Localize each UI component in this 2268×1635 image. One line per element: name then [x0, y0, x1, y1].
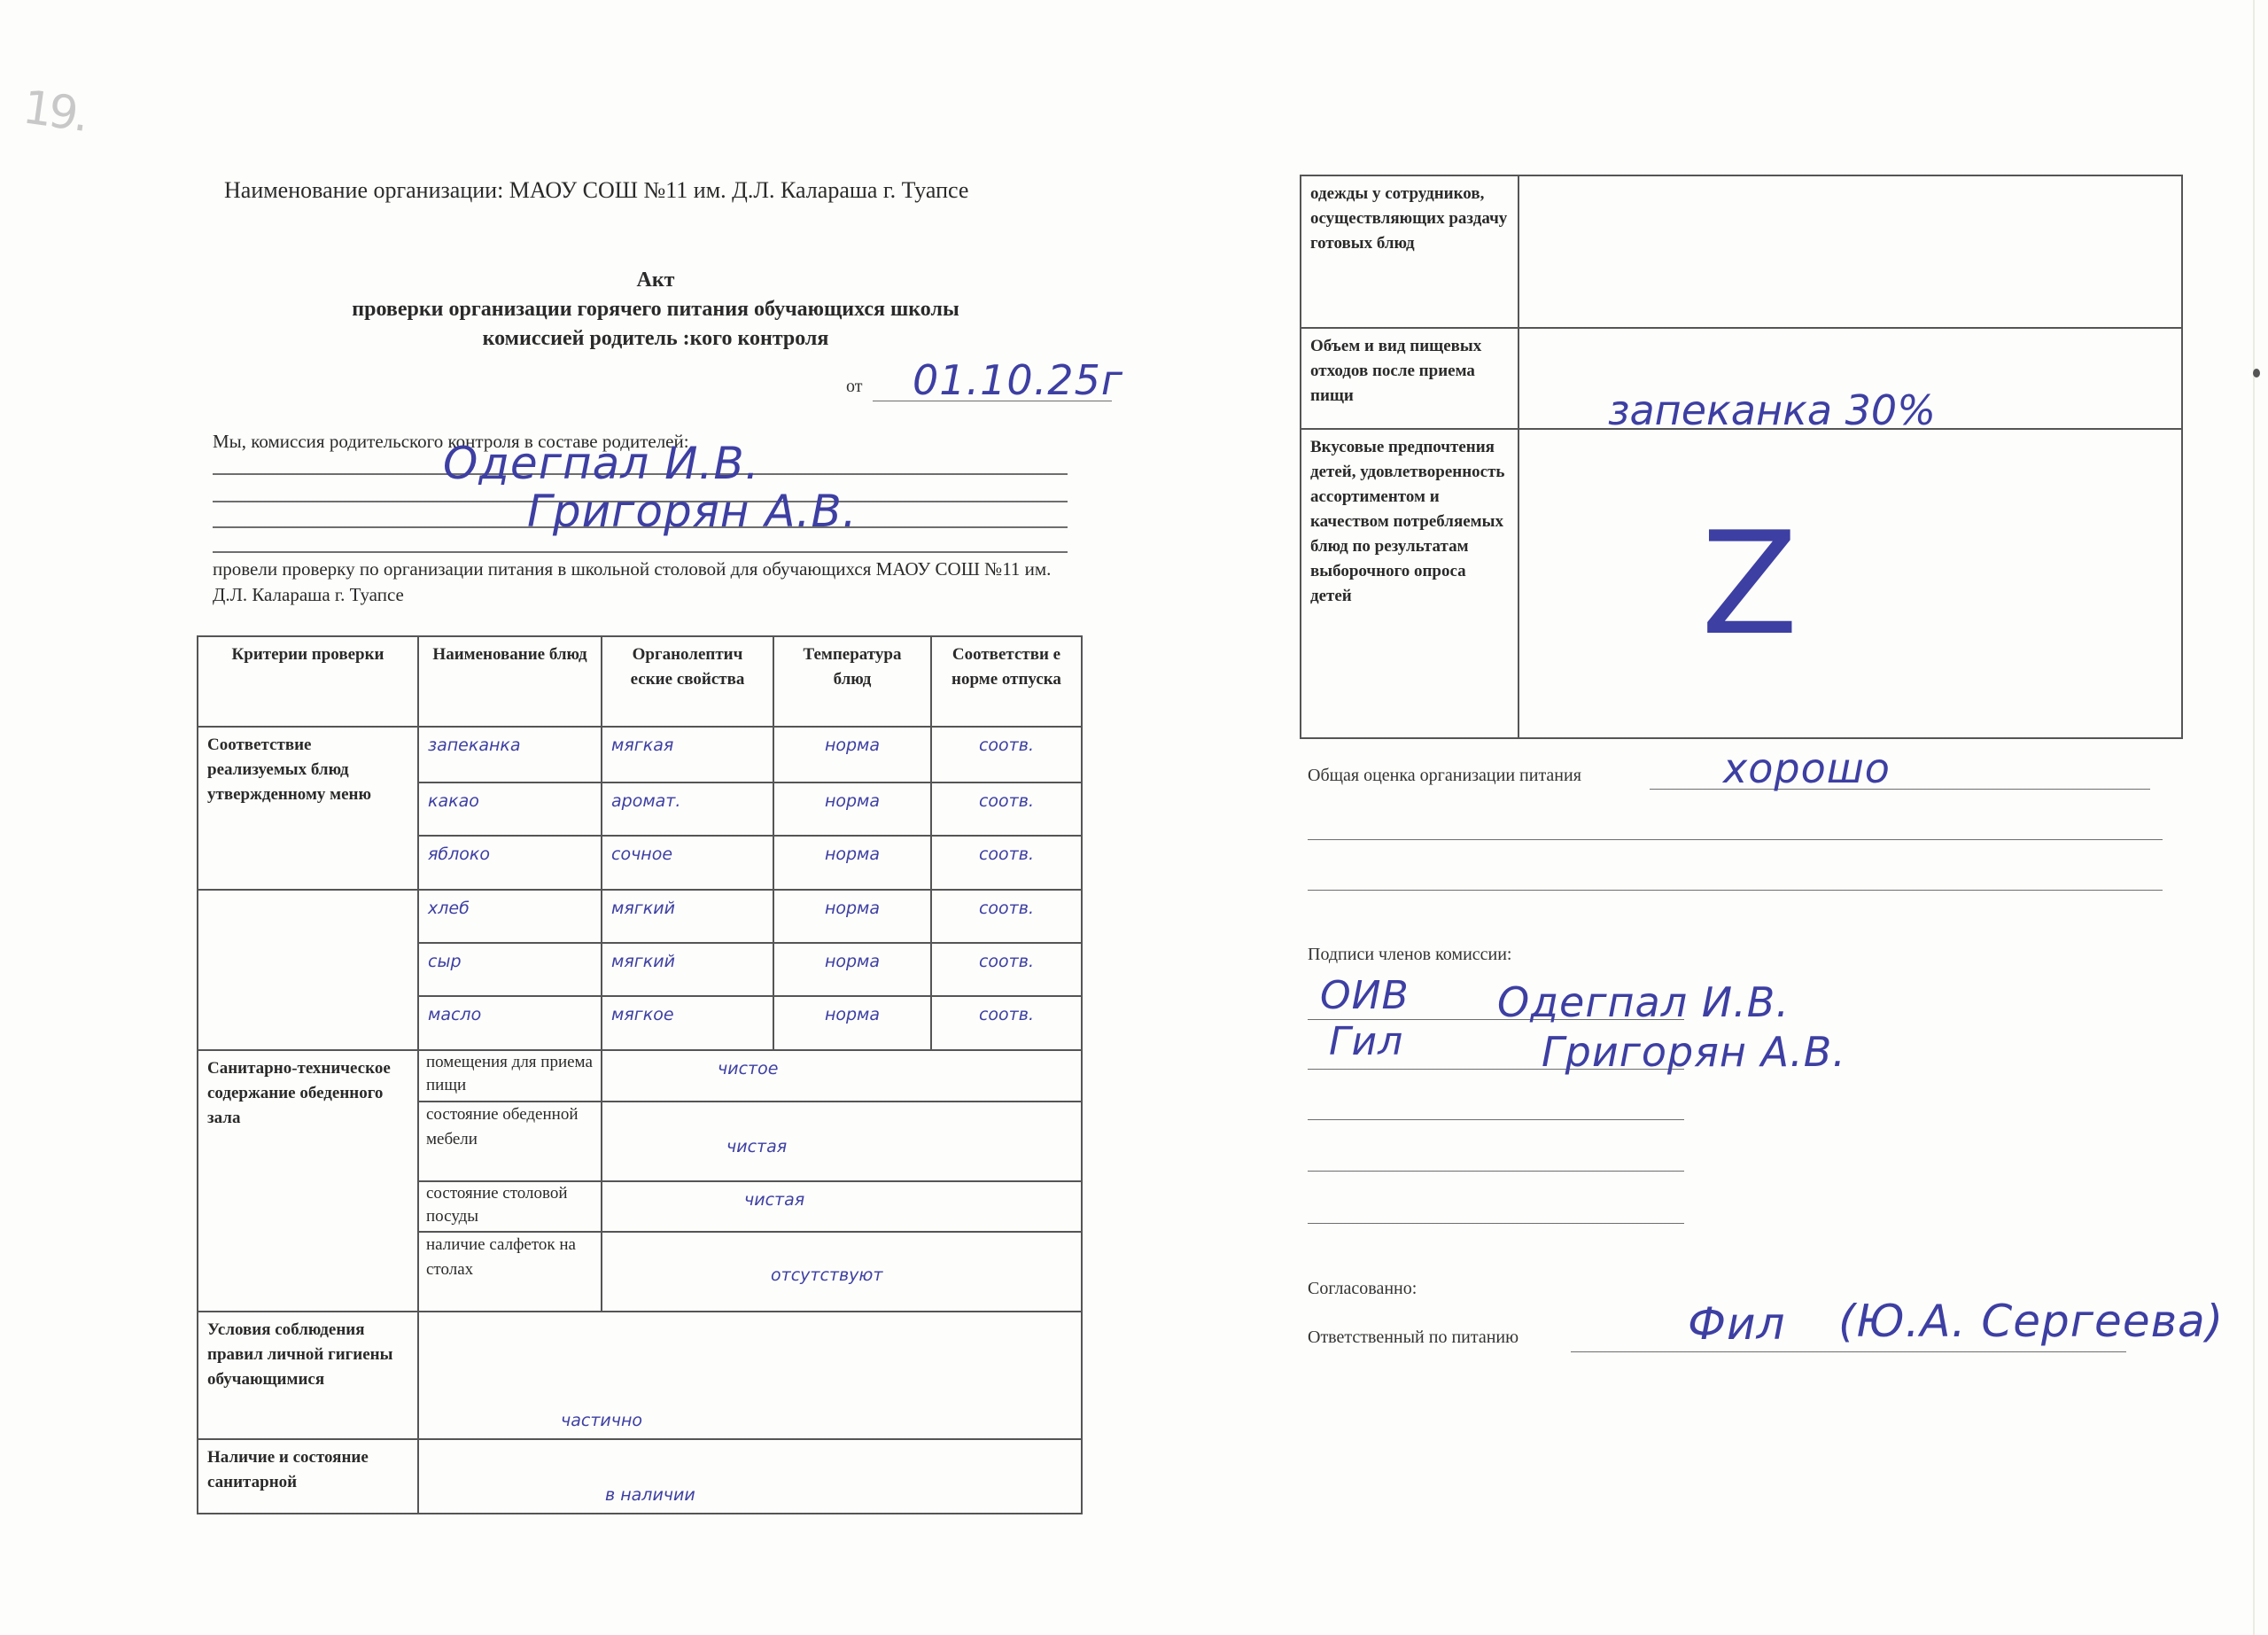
- dish-organoleptic: мягкий: [602, 943, 773, 996]
- sanitary-criterion: Санитарно-техническое содержание обеденн…: [198, 1050, 418, 1312]
- dish-temperature: норма: [773, 996, 931, 1050]
- commission-member-2: Григорян А.В.: [527, 486, 858, 537]
- evaluation-value: хорошо: [1723, 744, 1891, 792]
- dish-name: запеканка: [418, 727, 602, 782]
- scan-dot: [2253, 369, 2260, 378]
- evaluation-label: Общая оценка организации питания: [1308, 766, 1581, 786]
- dish-organoleptic: мягкое: [602, 996, 773, 1050]
- signature-member-1: Одегпал И.В.: [1497, 978, 1790, 1026]
- sanitary-clothing-row: Наличие и состояние санитарной в наличии: [198, 1439, 1082, 1514]
- hygiene-row: Условия соблюдения правил личной гигиены…: [198, 1312, 1082, 1439]
- date-prefix: от: [846, 377, 862, 397]
- act-subtitle-2: комиссией родитель :кого контроля: [221, 324, 1090, 354]
- page-number-mark: 19.: [19, 81, 89, 142]
- signatures-label: Подписи членов комиссии:: [1308, 945, 1512, 965]
- dish-organoleptic: сочное: [602, 836, 773, 890]
- dish-name: масло: [418, 996, 602, 1050]
- signature-line-5: [1308, 1223, 1684, 1224]
- clothing-criterion: одежды у сотрудников, осуществляющих раз…: [1301, 175, 1518, 328]
- dish-temperature: норма: [773, 782, 931, 836]
- sanitary-item-value: отсутствуют: [602, 1232, 1082, 1312]
- food-waste-criterion: Объем и вид пищевых отходов после приема…: [1301, 328, 1518, 429]
- sanitary-clothing-criterion: Наличие и состояние санитарной: [198, 1439, 418, 1514]
- sanitary-clothing-value: в наличии: [418, 1439, 1082, 1514]
- dish-name: хлеб: [418, 890, 602, 943]
- dish-organoleptic: мягкая: [602, 727, 773, 782]
- signature-scribble-1: ОИВ: [1320, 973, 1410, 1018]
- dish-compliance: соотв.: [931, 890, 1082, 943]
- sanitary-row: Санитарно-техническое содержание обеденн…: [198, 1050, 1082, 1102]
- responsible-signature: Фил: [1688, 1298, 1786, 1350]
- hygiene-value: частично: [418, 1312, 1082, 1439]
- signature-scribble-2: Гил: [1329, 1019, 1403, 1064]
- dish-name: какао: [418, 782, 602, 836]
- scan-edge: [2253, 0, 2255, 1635]
- signature-line-4: [1308, 1171, 1684, 1172]
- table-header-row: Критерии проверки Наименование блюд Орга…: [198, 636, 1082, 727]
- food-waste-value: запеканка 30%: [1518, 328, 2182, 429]
- header-dish-name: Наименование блюд: [418, 636, 602, 727]
- taste-preferences-criterion: Вкусовые предпочтения детей, удовлетворе…: [1301, 429, 1518, 738]
- menu-criterion: Соответствие реализуемых блюд утвержденн…: [198, 727, 418, 890]
- evaluation-line-2: [1308, 839, 2163, 840]
- dish-name: сыр: [418, 943, 602, 996]
- dish-organoleptic: мягкий: [602, 890, 773, 943]
- clothing-value: [1518, 175, 2182, 328]
- dish-temperature: норма: [773, 727, 931, 782]
- dish-name: яблоко: [418, 836, 602, 890]
- responsible-label: Ответственный по питанию: [1308, 1327, 1518, 1348]
- table-row: Соответствие реализуемых блюд утвержденн…: [198, 727, 1082, 782]
- table-row: одежды у сотрудников, осуществляющих раз…: [1301, 175, 2182, 328]
- responsible-underline: [1571, 1351, 2126, 1352]
- header-criteria: Критерии проверки: [198, 636, 418, 727]
- dish-compliance: соотв.: [931, 996, 1082, 1050]
- right-inspection-table: одежды у сотрудников, осуществляющих раз…: [1300, 175, 2183, 739]
- hygiene-criterion: Условия соблюдения правил личной гигиены…: [198, 1312, 418, 1439]
- sanitary-item-value: чистая: [602, 1181, 1082, 1232]
- date-value: 01.10.25г: [913, 356, 1123, 404]
- dish-compliance: соотв.: [931, 727, 1082, 782]
- dish-temperature: норма: [773, 890, 931, 943]
- commission-conclusion: провели проверку по организации питания …: [213, 557, 1076, 608]
- responsible-name: (Ю.А. Сергеева): [1838, 1296, 2224, 1347]
- sanitary-item-value: чистая: [602, 1102, 1082, 1181]
- signature-member-2: Григорян А.В.: [1542, 1028, 1846, 1076]
- header-organoleptic: Органолептич еские свойства: [602, 636, 773, 727]
- dish-organoleptic: аромат.: [602, 782, 773, 836]
- main-inspection-table: Критерии проверки Наименование блюд Орга…: [197, 635, 1083, 1514]
- sanitary-item-value: чистое: [602, 1050, 1082, 1102]
- dish-compliance: соотв.: [931, 943, 1082, 996]
- signature-line-3: [1308, 1119, 1684, 1120]
- commission-member-1: Одегпал И.В.: [443, 438, 760, 489]
- sanitary-item-label: состояние столовой посуды: [418, 1181, 602, 1232]
- header-temperature: Температура блюд: [773, 636, 931, 727]
- sanitary-item-label: наличие салфеток на столах: [418, 1232, 602, 1312]
- table-row: Объем и вид пищевых отходов после приема…: [1301, 328, 2182, 429]
- taste-preferences-value: Z: [1518, 429, 2182, 738]
- organization-name: Наименование организации: МАОУ СОШ №11 и…: [224, 177, 968, 204]
- dish-temperature: норма: [773, 943, 931, 996]
- sanitary-item-label: состояние обеденной мебели: [418, 1102, 602, 1181]
- table-row: хлеб мягкий норма соотв.: [198, 890, 1082, 943]
- member-line-4: [213, 551, 1068, 553]
- dish-compliance: соотв.: [931, 836, 1082, 890]
- act-title: Акт: [221, 266, 1090, 295]
- empty-criterion-cell: [198, 890, 418, 1050]
- act-subtitle-1: проверки организации горячего питания об…: [221, 295, 1090, 324]
- sanitary-item-label: помещения для приема пищи: [418, 1050, 602, 1102]
- dish-temperature: норма: [773, 836, 931, 890]
- header-compliance: Соответстви е норме отпуска: [931, 636, 1082, 727]
- table-row: Вкусовые предпочтения детей, удовлетворе…: [1301, 429, 2182, 738]
- dish-compliance: соотв.: [931, 782, 1082, 836]
- evaluation-line-3: [1308, 890, 2163, 891]
- agreed-label: Согласованно:: [1308, 1279, 1417, 1299]
